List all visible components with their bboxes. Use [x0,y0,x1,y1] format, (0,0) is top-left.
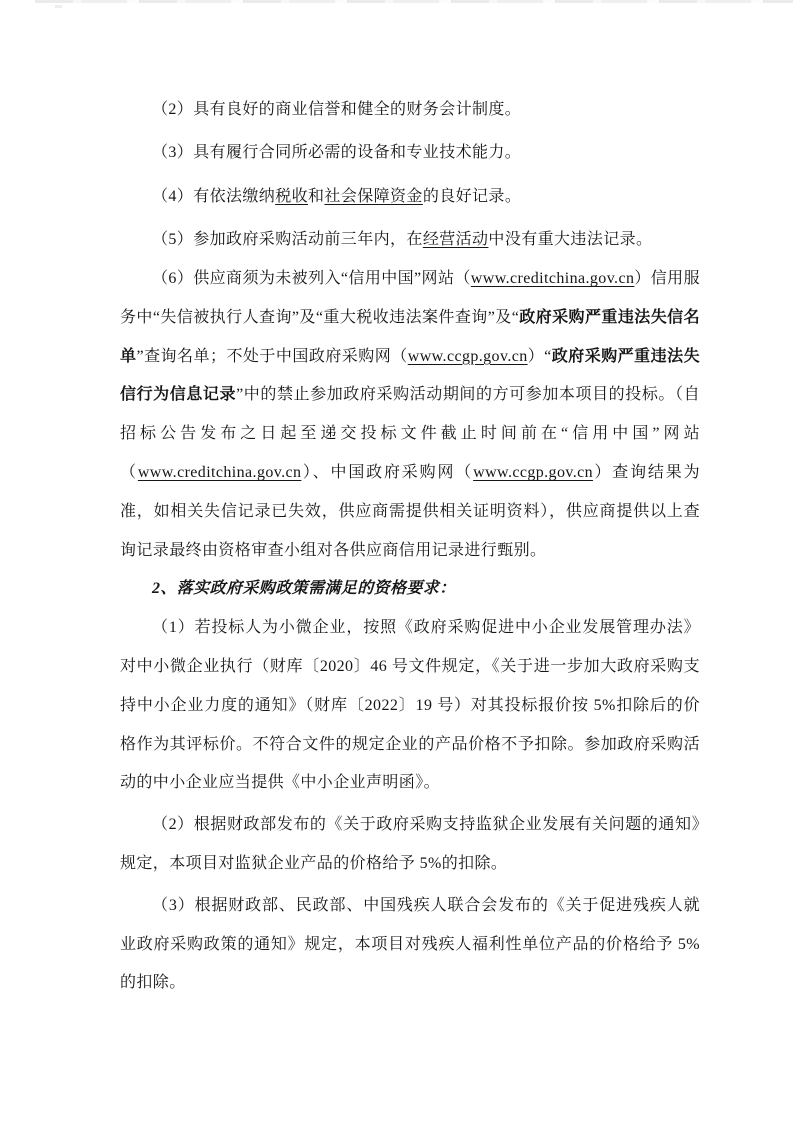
plain-text-segment: （5）参加政府采购活动前三年内，在 [152,231,423,248]
plain-text-segment: （2）具有良好的商业信誉和健全的财务会计制度。 [152,101,521,118]
policy-clause-3: （3）根据财政部、民政部、中国残疾人联合会发布的《关于促进残疾人就业政府采购政策… [120,887,700,1003]
policy-clause-1: （1）若投标人为小微企业，按照《政府采购促进中小企业发展管理办法》对中小微企业执… [120,609,700,803]
qualification-clause-6: （6）供应商须为未被列入“信用中国”网站（www.creditchina.gov… [120,260,700,570]
plain-text-segment: （6）供应商须为未被列入“信用中国”网站（ [152,270,471,287]
qualification-clause-5: （5）参加政府采购活动前三年内，在经营活动中没有重大违法记录。 [120,221,700,260]
scan-speck-artifact [55,5,62,8]
underline-text-segment: 社会保障资金 [324,188,422,205]
plain-text-segment: （4）有依法缴纳 [152,188,275,205]
underline-text-segment: www.ccgp.gov.cn [408,348,528,365]
plain-text-segment: （2）根据财政部发布的《关于政府采购支持监狱企业发展有关问题的通知》规定，本项目… [120,816,700,872]
plain-text-segment: （3）具有履行合同所必需的设备和专业技术能力。 [152,144,521,161]
underline-text-segment: 税收 [275,188,308,205]
plain-text-segment: 和 [308,188,324,205]
document-body: （2）具有良好的商业信誉和健全的财务会计制度。 （3）具有履行合同所必需的设备和… [120,91,700,1003]
qualification-clause-2: （2）具有良好的商业信誉和健全的财务会计制度。 [120,91,700,130]
plain-text-segment: ）、中国政府采购网（ [301,464,473,481]
scan-edge-artifact [35,0,793,3]
plain-text-segment: 的良好记录。 [423,188,521,205]
plain-text-segment: ）“ [528,348,552,365]
qualification-clause-4: （4）有依法缴纳税收和社会保障资金的良好记录。 [120,178,700,217]
section-2-heading: 2、落实政府采购政策需满足的资格要求： [120,570,700,609]
scanned-document-page: （2）具有良好的商业信誉和健全的财务会计制度。 （3）具有履行合同所必需的设备和… [0,0,793,1122]
underline-text-segment: www.ccgp.gov.cn [473,464,593,481]
underline-text-segment: www.creditchina.gov.cn [471,270,635,287]
policy-clause-2: （2）根据财政部发布的《关于政府采购支持监狱企业发展有关问题的通知》规定，本项目… [120,806,700,884]
plain-text-segment: 中没有重大违法记录。 [488,231,652,248]
underline-text-segment: 经营活动 [423,231,489,248]
plain-text-segment: （1）若投标人为小微企业，按照《政府采购促进中小企业发展管理办法》对中小微企业执… [120,619,700,791]
plain-text-segment: （3）根据财政部、民政部、中国残疾人联合会发布的《关于促进残疾人就业政府采购政策… [120,897,700,992]
underline-text-segment: www.creditchina.gov.cn [138,464,302,481]
plain-text-segment: ”查询名单；不处于中国政府采购网（ [136,348,407,365]
qualification-clause-3: （3）具有履行合同所必需的设备和专业技术能力。 [120,134,700,173]
